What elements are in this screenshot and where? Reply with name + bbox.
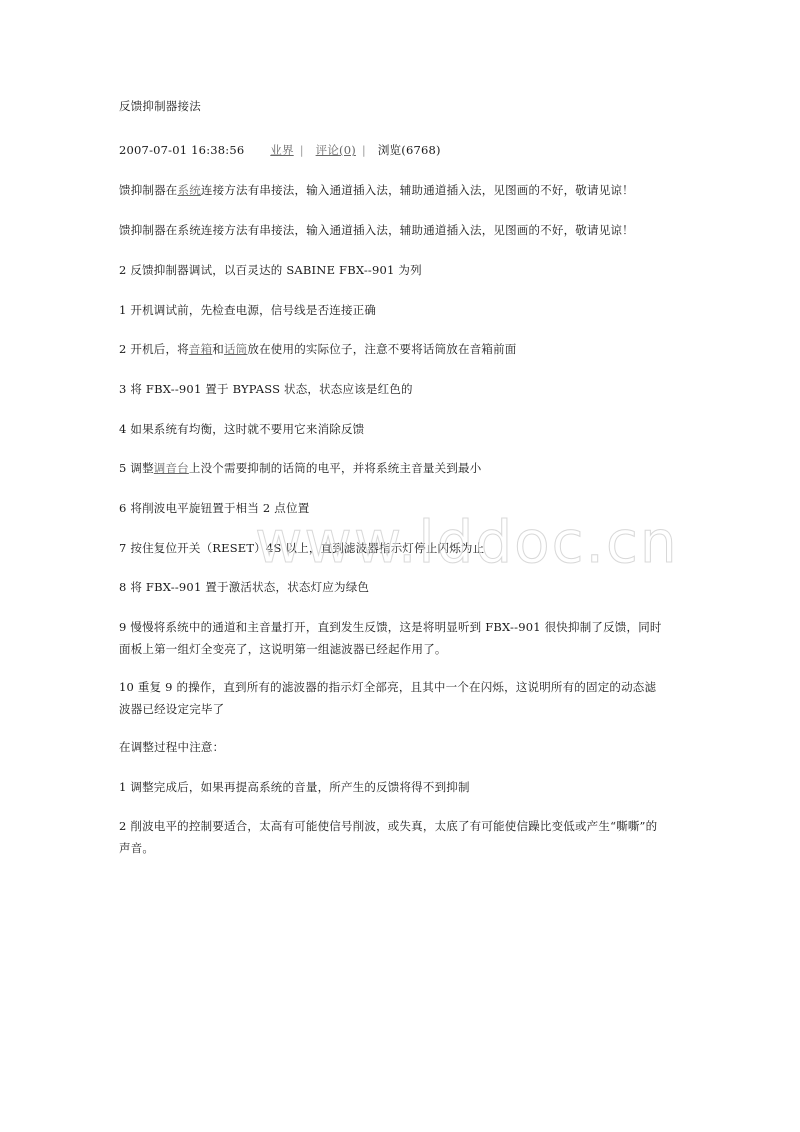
- category-link[interactable]: 业界: [270, 143, 293, 157]
- article-title: 反馈抑制器接法: [119, 96, 201, 116]
- meta-separator: |: [300, 143, 304, 157]
- paragraph: 2 开机后，将音箱和话筒放在使用的实际位子，注意不要将话筒放在音箱前面: [119, 339, 517, 359]
- paragraph: 6 将削波电平旋钮置于相当 2 点位置: [119, 498, 309, 518]
- publish-datetime: 2007-07-01 16:38:56: [119, 143, 244, 157]
- paragraph: 4 如果系统有均衡，这时就不要用它来消除反馈: [119, 419, 364, 439]
- paragraph-text: 2 开机后，将: [119, 342, 189, 356]
- paragraph: 馈抑制器在系统连接方法有串接法，输入通道插入法，辅助通道插入法，见图画的不好，敬…: [119, 220, 634, 240]
- paragraph-text: 5 调整: [119, 461, 154, 475]
- paragraph: 1 开机调试前，先检查电源，信号线是否连接正确: [119, 300, 376, 320]
- paragraph: 馈抑制器在系统连接方法有串接法，输入通道插入法，辅助通道插入法，见图画的不好，敬…: [119, 180, 634, 200]
- paragraph: 1 调整完成后，如果再提高系统的音量，所产生的反馈将得不到抑制: [119, 777, 470, 797]
- meta-separator: |: [362, 143, 366, 157]
- comments-link[interactable]: 评论(0): [316, 143, 356, 157]
- paragraph: 5 调整调音台上没个需要抑制的话筒的电平，并将系统主音量关到最小: [119, 458, 481, 478]
- paragraph-text: 馈抑制器在: [119, 183, 178, 197]
- view-count: 浏览(6768): [378, 143, 441, 157]
- paragraph-text: 连接方法有串接法，输入通道插入法，辅助通道插入法，见图画的不好，敬请见谅！: [201, 183, 634, 197]
- paragraph: 2 反馈抑制器调试，以百灵达的 SABINE FBX--901 为列: [119, 260, 422, 280]
- paragraph: 2 削波电平的控制要适合，太高有可能使信号削波，或失真，太底了有可能使信躁比变低…: [119, 815, 664, 859]
- paragraph: 3 将 FBX--901 置于 BYPASS 状态，状态应该是红色的: [119, 379, 413, 399]
- keyword-link-system[interactable]: 系统: [178, 183, 201, 197]
- paragraph: 8 将 FBX--901 置于激活状态，状态灯应为绿色: [119, 577, 369, 597]
- paragraph: 7 按住复位开关（RESET）4S 以上，直到滤波器指示灯停止闪烁为止: [119, 538, 484, 558]
- keyword-link-microphone[interactable]: 话筒: [224, 342, 247, 356]
- article-meta: 2007-07-01 16:38:56 业界| 评论(0)| 浏览(6768): [119, 140, 441, 160]
- paragraph: 在调整过程中注意：: [119, 737, 224, 757]
- keyword-link-speaker[interactable]: 音箱: [189, 342, 212, 356]
- keyword-link-mixer[interactable]: 调音台: [154, 461, 189, 475]
- paragraph: 10 重复 9 的操作，直到所有的滤波器的指示灯全部亮，且其中一个在闪烁，这说明…: [119, 676, 664, 720]
- paragraph-text: 上没个需要抑制的话筒的电平，并将系统主音量关到最小: [189, 461, 482, 475]
- paragraph: 9 慢慢将系统中的通道和主音量打开，直到发生反馈，这是将明显听到 FBX--90…: [119, 616, 664, 660]
- paragraph-text: 放在使用的实际位子，注意不要将话筒放在音箱前面: [247, 342, 516, 356]
- paragraph-text: 和: [212, 342, 224, 356]
